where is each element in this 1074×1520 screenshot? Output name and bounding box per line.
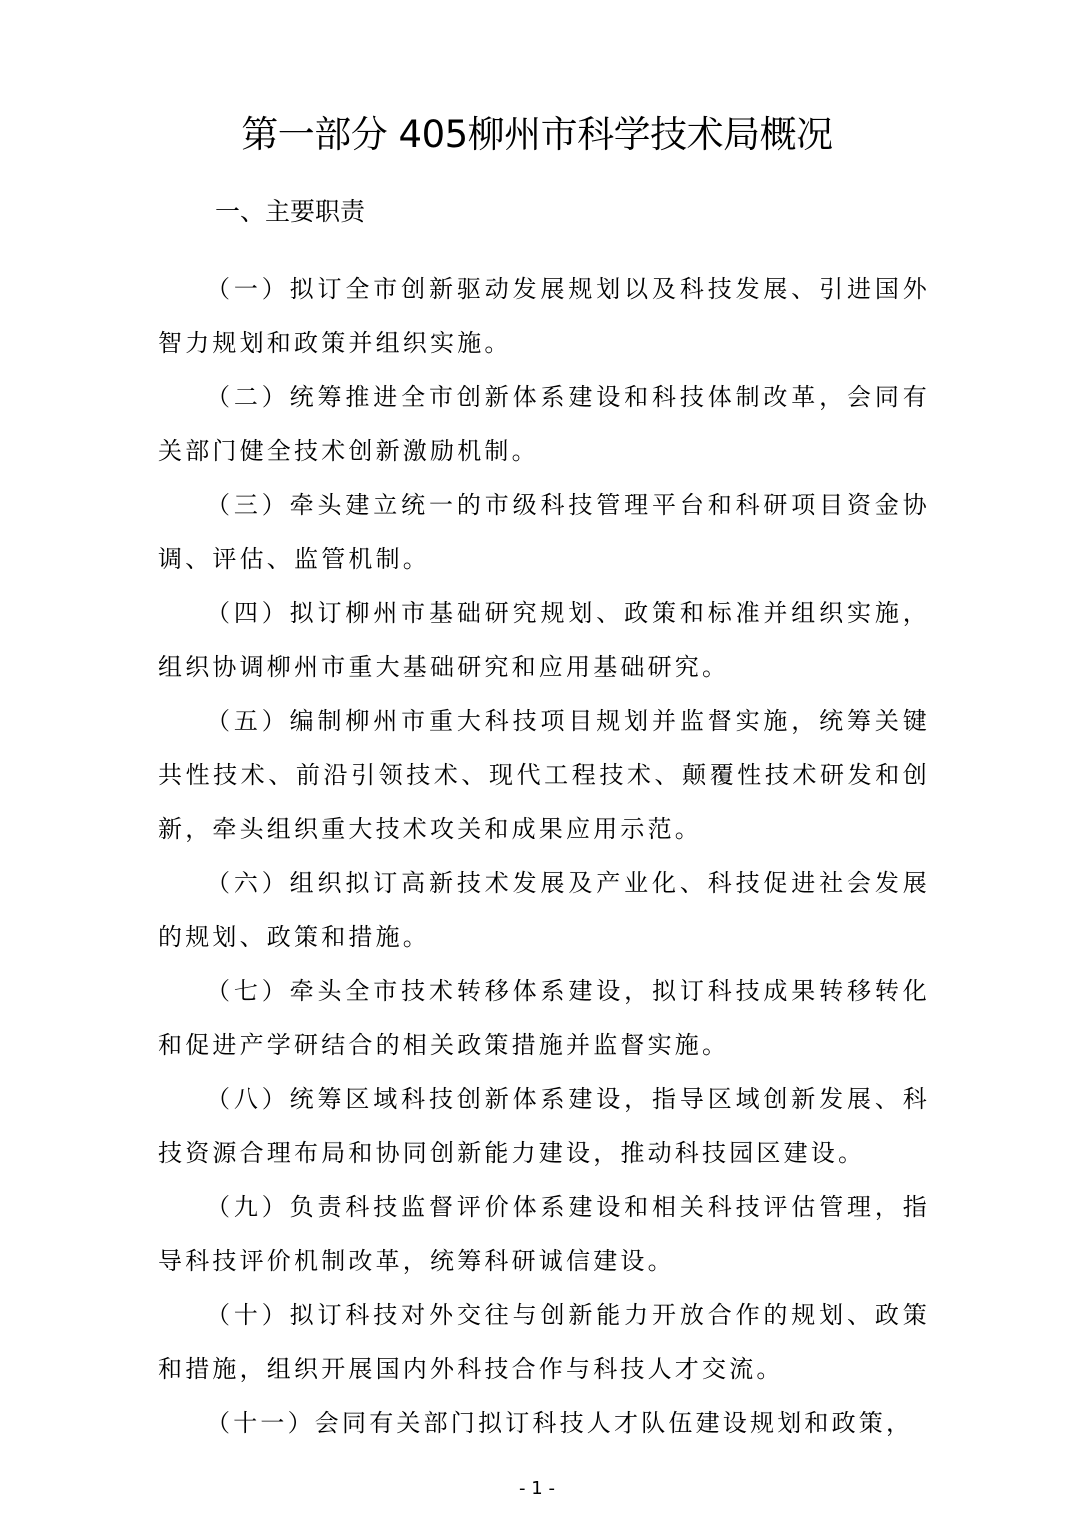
duty-paragraph-10: （十）拟订科技对外交往与创新能力开放合作的规划、政策和措施，组织开展国内外科技合…	[158, 1288, 930, 1396]
duty-paragraph-7: （七）牵头全市技术转移体系建设，拟订科技成果转移转化和促进产学研结合的相关政策措…	[158, 964, 930, 1072]
page-number: - 1 -	[0, 1478, 1074, 1499]
page-title: 第一部分 405柳州市科学技术局概况	[0, 104, 1074, 158]
duty-paragraph-4: （四）拟订柳州市基础研究规划、政策和标准并组织实施，组织协调柳州市重大基础研究和…	[158, 586, 930, 694]
document-body: （一）拟订全市创新驱动发展规划以及科技发展、引进国外智力规划和政策并组织实施。 …	[158, 262, 930, 1450]
duty-paragraph-1: （一）拟订全市创新驱动发展规划以及科技发展、引进国外智力规划和政策并组织实施。	[158, 262, 930, 370]
duty-paragraph-11: （十一）会同有关部门拟订科技人才队伍建设规划和政策，	[158, 1396, 930, 1450]
duty-paragraph-8: （八）统筹区域科技创新体系建设，指导区域创新发展、科技资源合理布局和协同创新能力…	[158, 1072, 930, 1180]
section-heading: 一、主要职责	[215, 192, 365, 228]
duty-paragraph-5: （五）编制柳州市重大科技项目规划并监督实施，统筹关键共性技术、前沿引领技术、现代…	[158, 694, 930, 856]
duty-paragraph-6: （六）组织拟订高新技术发展及产业化、科技促进社会发展的规划、政策和措施。	[158, 856, 930, 964]
duty-paragraph-9: （九）负责科技监督评价体系建设和相关科技评估管理，指导科技评价机制改革，统筹科研…	[158, 1180, 930, 1288]
duty-paragraph-3: （三）牵头建立统一的市级科技管理平台和科研项目资金协调、评估、监管机制。	[158, 478, 930, 586]
duty-paragraph-2: （二）统筹推进全市创新体系建设和科技体制改革，会同有关部门健全技术创新激励机制。	[158, 370, 930, 478]
